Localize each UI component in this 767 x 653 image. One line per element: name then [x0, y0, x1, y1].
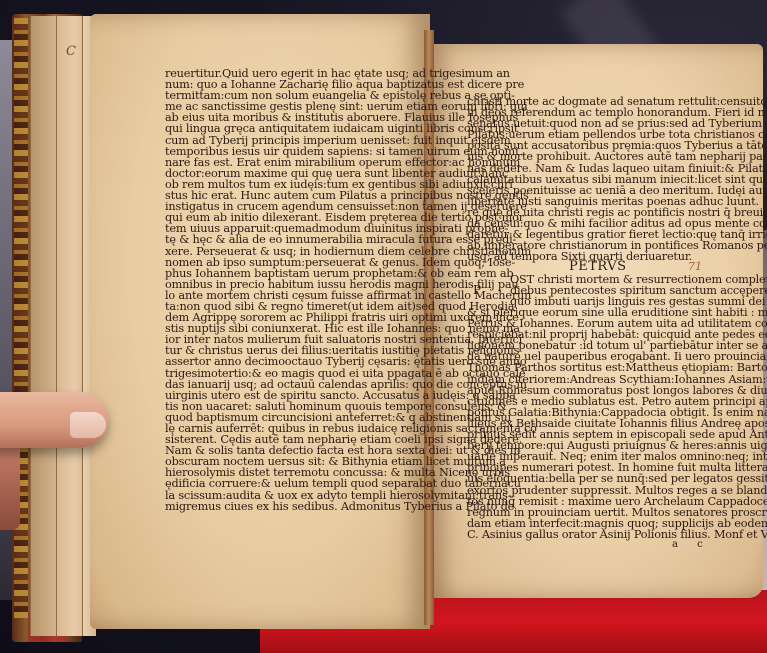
- hand-palm: [0, 440, 20, 530]
- text-line: uis eloquentia:bella per se nunq̄:sed pe…: [467, 473, 767, 484]
- signature-mark: a c: [672, 539, 711, 550]
- right-page-text-bottom: & si plerique eorum sine ulla eruditione…: [467, 307, 767, 540]
- folio-number: 71: [688, 260, 702, 273]
- right-page-text-indented: OST christi mortem & resurrectionem comp…: [510, 274, 767, 307]
- guide-letter: P: [473, 283, 481, 297]
- text-line: exortos prudenter suppressit. Multos reg…: [467, 485, 767, 496]
- right-page-text-top: christi morte ac dogmate ad senatum rett…: [467, 96, 767, 262]
- thumbnail: [70, 412, 106, 438]
- text-line: Thomas Parthos sortitus est:Mattheus ęti…: [467, 362, 767, 373]
- marginal-note: C: [66, 44, 76, 59]
- text-line: nis & morte prohibuit. Auctores autē tam…: [467, 151, 767, 162]
- text-line: C. Asinius gallus orator Asinij Polionis…: [467, 529, 767, 540]
- chapter-heading: PETRVS: [569, 259, 627, 274]
- text-line: nas dedere. Nam & Iudas laqueo uitam fin…: [467, 163, 767, 174]
- text-line: indiam citeriorem:Andreas Scythiam:Iohan…: [467, 374, 767, 385]
